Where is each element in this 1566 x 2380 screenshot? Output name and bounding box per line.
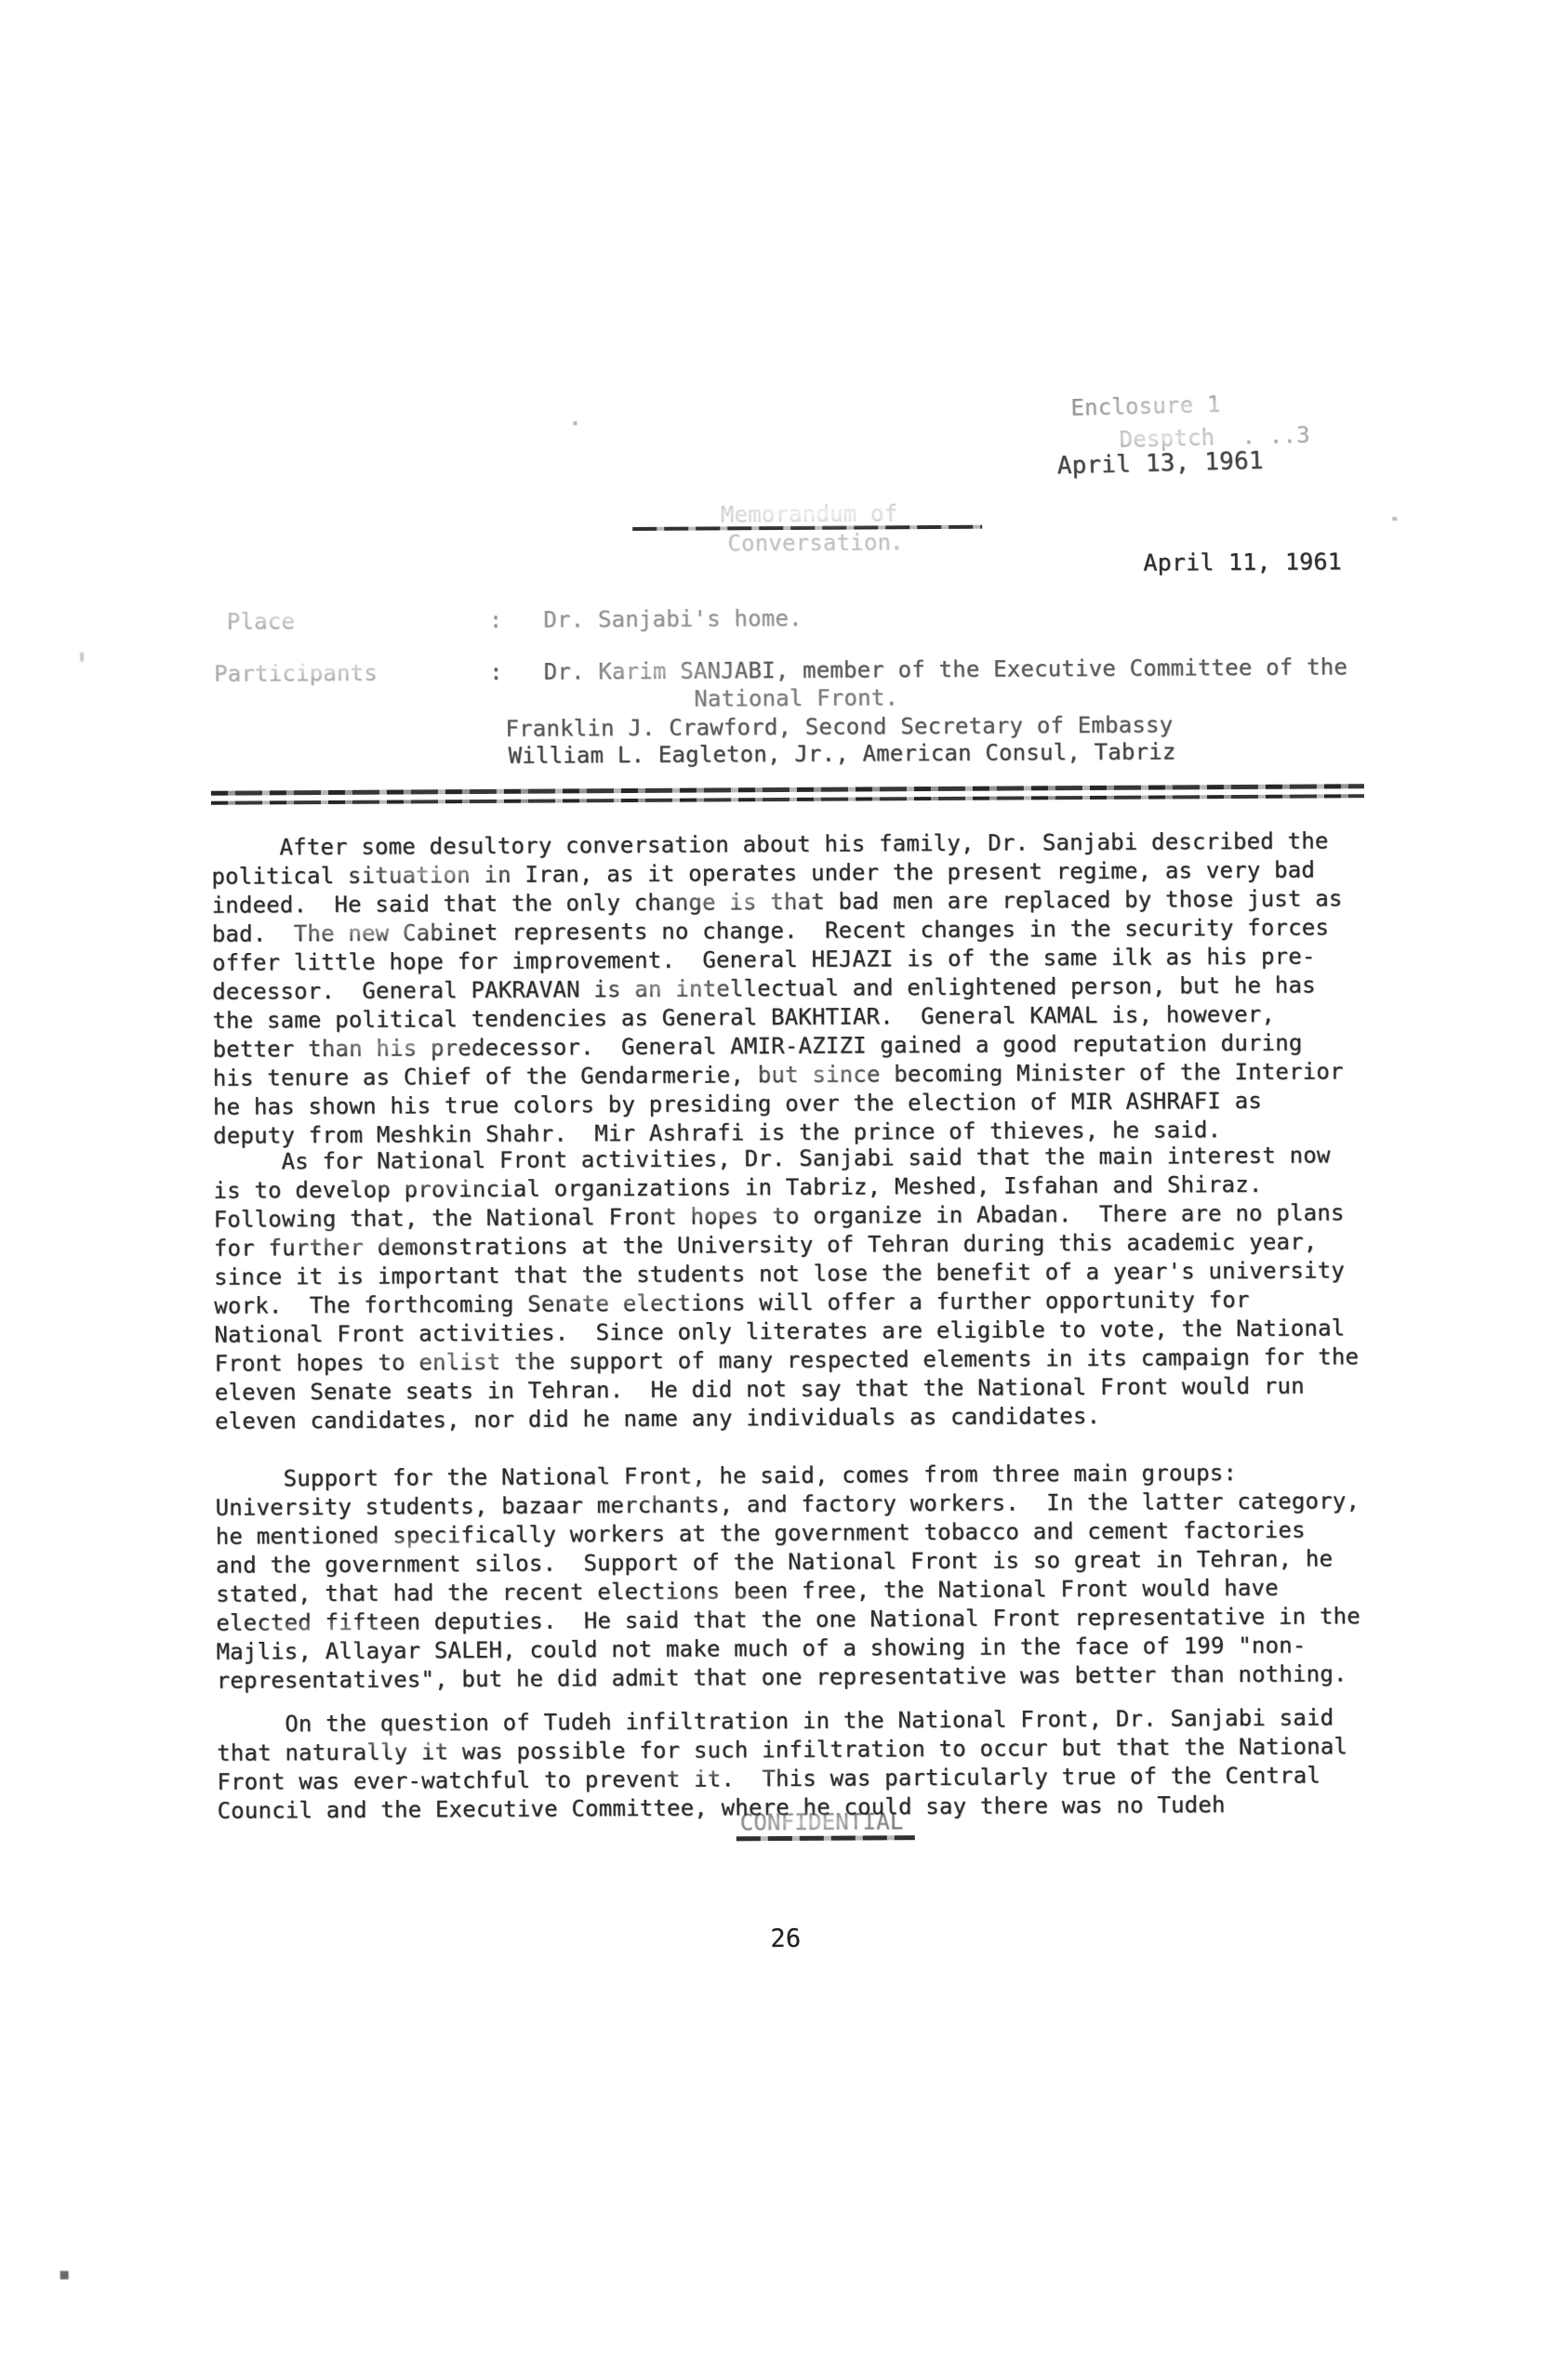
participants-label: Participants [214, 659, 378, 689]
participants-line: : Dr. Karim SANJABI, member of the Execu… [489, 653, 1347, 687]
place-value: : Dr. Sanjabi's home. [489, 604, 803, 635]
classification-stamp: CONFIDENTIAL [740, 1807, 904, 1837]
enclosure-note: Enclosure 1 [1070, 390, 1221, 423]
divider-rule-bottom [211, 794, 1364, 805]
participants-line: National Front. [694, 683, 898, 713]
scan-speck [60, 2271, 69, 2280]
scan-speck [1392, 517, 1397, 521]
typed-date: April 13, 1961 [1056, 447, 1264, 482]
scan-speck [80, 653, 84, 662]
participants-line: William L. Eagleton, Jr., American Consu… [509, 737, 1176, 770]
classification-underline [737, 1835, 915, 1841]
scan-speck [574, 421, 577, 425]
page-number: 26 [770, 1924, 801, 1953]
body-paragraph-2: As for National Front activities, Dr. Sa… [213, 1141, 1377, 1436]
memo-date: April 11, 1961 [1143, 547, 1342, 576]
scan-speck [895, 546, 898, 549]
place-label: Place [227, 607, 295, 636]
body-paragraph-3: Support for the National Front, he said,… [215, 1458, 1378, 1696]
document-page: Enclosure 1 Desptch . ..3 April 13, 1961… [0, 0, 1566, 2380]
scanned-sheet: Enclosure 1 Desptch . ..3 April 13, 1961… [0, 0, 1566, 2380]
body-paragraph-1: After some desultory conversation about … [211, 826, 1375, 1151]
divider-rule-top [211, 784, 1364, 796]
